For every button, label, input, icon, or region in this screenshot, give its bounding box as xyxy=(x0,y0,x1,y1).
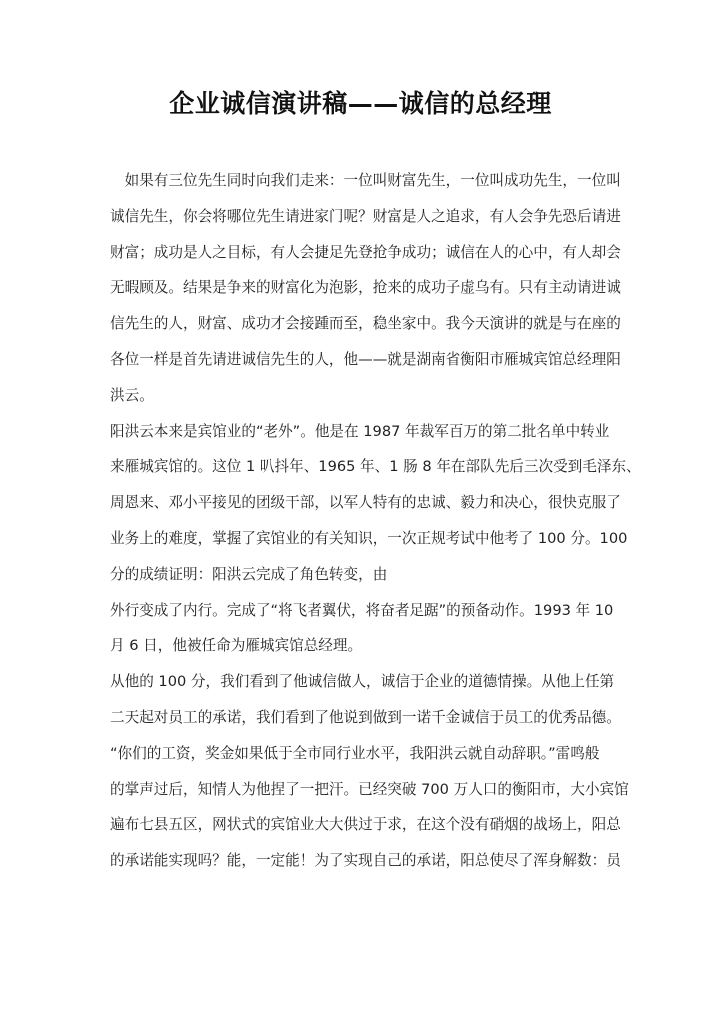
text-line: 信先生的人，财富、成功才会接踵而至，稳坐家中。我今天演讲的就是与在座的 xyxy=(110,306,613,342)
text-line: 洪云。 xyxy=(110,378,613,414)
document-body: 如果有三位先生同时向我们走来：一位叫财富先生，一位叫成功先生，一位叫 诚信先生，… xyxy=(110,163,613,879)
text-line: 分的成绩证明：阳洪云完成了角色转变，由 xyxy=(110,557,613,593)
text-line: 二天起对员工的承诺，我们看到了他说到做到一诺千金诚信于员工的优秀品德。 xyxy=(110,700,613,736)
text-line: 财富；成功是人之目标，有人会捷足先登抢争成功；诚信在人的心中，有人却会 xyxy=(110,235,613,271)
text-line: 阳洪云本来是宾馆业的“老外”。他是在 1987 年裁军百万的第二批名单中转业 xyxy=(110,414,613,450)
text-line: 无暇顾及。结果是争来的财富化为泡影，抢来的成功子虚乌有。只有主动请进诚 xyxy=(110,270,613,306)
text-line: 业务上的难度，掌握了宾馆业的有关知识，一次正规考试中他考了 100 分。100 xyxy=(110,521,613,557)
text-line: 从他的 100 分，我们看到了他诚信做人，诚信于企业的道德情操。从他上任第 xyxy=(110,664,613,700)
text-line: 月 6 日，他被任命为雁城宾馆总经理。 xyxy=(110,628,613,664)
text-line: “你们的工资，奖金如果低于全市同行业水平，我阳洪云就自动辞职。”雷鸣般 xyxy=(110,736,613,772)
text-line: 如果有三位先生同时向我们走来：一位叫财富先生，一位叫成功先生，一位叫 xyxy=(110,163,613,199)
text-line: 周恩来、邓小平接见的团级干部，以军人特有的忠诚、毅力和决心，很快克服了 xyxy=(110,485,613,521)
text-line: 遍布七县五区，网状式的宾馆业大大供过于求，在这个没有硝烟的战场上，阳总 xyxy=(110,807,613,843)
document-title: 企业诚信演讲稿——诚信的总经理 xyxy=(0,86,721,122)
document-page: 企业诚信演讲稿——诚信的总经理 如果有三位先生同时向我们走来：一位叫财富先生，一… xyxy=(0,0,721,1020)
text-line: 外行变成了内行。完成了“将飞者翼伏，将奋者足踞”的预备动作。1993 年 10 xyxy=(110,593,613,629)
text-line: 的掌声过后，知情人为他捏了一把汗。已经突破 700 万人口的衡阳市，大小宾馆 xyxy=(110,772,613,808)
text-line: 诚信先生，你会将哪位先生请进家门呢？财富是人之追求，有人会争先恐后请进 xyxy=(110,199,613,235)
text-line: 的承诺能实现吗？能，一定能！为了实现自己的承诺，阳总使尽了浑身解数：员 xyxy=(110,843,613,879)
text-line: 来雁城宾馆的。这位 1 叭抖年、1965 年、1 肠 8 年在部队先后三次受到毛… xyxy=(110,449,613,485)
text-line: 各位一样是首先请进诚信先生的人，他——就是湖南省衡阳市雁城宾馆总经理阳 xyxy=(110,342,613,378)
